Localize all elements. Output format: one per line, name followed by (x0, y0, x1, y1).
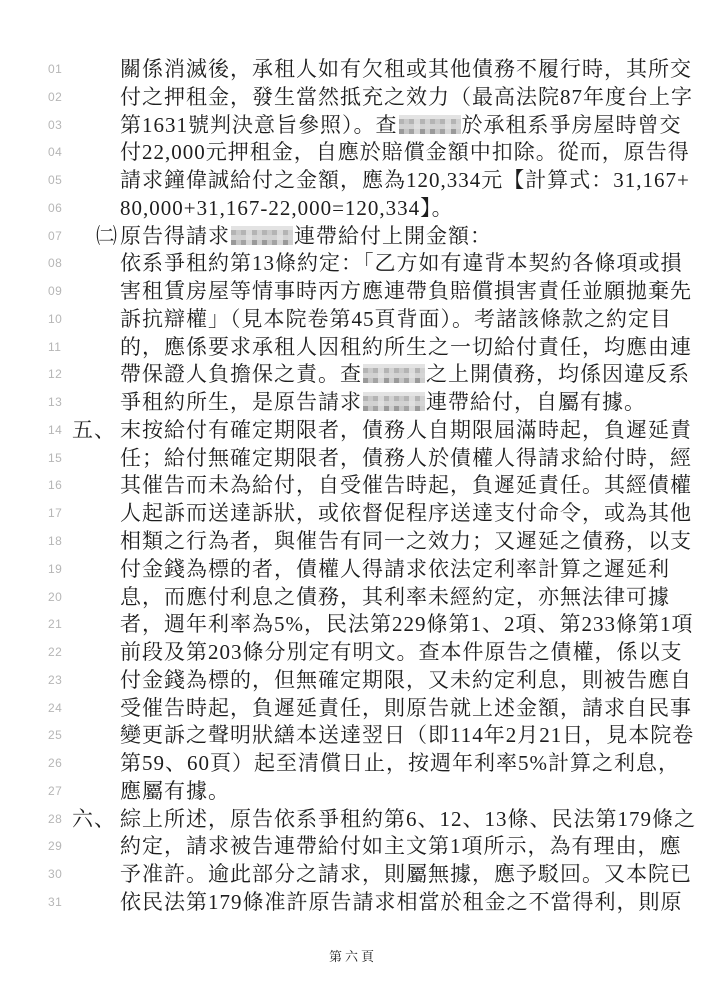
line-number: 07 (48, 223, 72, 251)
line-number: 12 (48, 361, 72, 389)
text-line: 03第1631號判決意旨參照）。查於承租系爭房屋時曾交 (48, 112, 678, 140)
text-line: 31依民法第179條准許原告請求相當於租金之不當得利，則原 (48, 889, 678, 917)
text-segment: 人起訴而送達訴狀，或依督促程序送達支付命令，或為其他 (120, 501, 692, 525)
line-text: ㈡原告得請求連帶給付上開金額： (96, 223, 492, 251)
text-line: 17人起訴而送達訴狀，或依督促程序送達支付命令，或為其他 (48, 500, 678, 528)
text-segment: 付22,000元押租金，自應於賠償金額中扣除。從而，原告得 (120, 140, 690, 164)
list-marker: 六、 (72, 806, 120, 834)
text-line: 09害租賃房屋等情事時丙方應連帶負賠償損害責任並願拋棄先 (48, 278, 678, 306)
text-segment: 帶保證人負擔保之責。查 (120, 362, 362, 386)
line-number: 05 (48, 167, 72, 195)
redacted-name (363, 364, 425, 383)
line-text: 付金錢為標的，但無確定期限，又未約定利息，則被告應自 (120, 667, 692, 695)
line-text: 80,000+31,167-22,000=120,334】。 (120, 195, 454, 223)
line-text: 予准許。逾此部分之請求，則屬無據，應予駁回。又本院已 (120, 861, 692, 889)
line-text: 付金錢為標的者，債權人得請求依法定利率計算之遲延利 (120, 556, 670, 584)
line-number: 27 (48, 778, 72, 806)
line-text: 人起訴而送達訴狀，或依督促程序送達支付命令，或為其他 (120, 500, 692, 528)
text-line: 10訴抗辯權」（見本院卷第45頁背面）。考諸該條款之約定目 (48, 306, 678, 334)
line-number: 10 (48, 306, 72, 334)
text-line: 19付金錢為標的者，債權人得請求依法定利率計算之遲延利 (48, 556, 678, 584)
line-text: 請求鐘偉誠給付之金額，應為120,334元【計算式：31,167+ (120, 167, 690, 195)
text-segment: 關係消滅後，承租人如有欠租或其他債務不履行時，其所交 (120, 57, 692, 81)
text-line: 18相類之行為者，與催告有同一之效力；又遲延之債務，以支 (48, 528, 678, 556)
judgment-page: 01關係消滅後，承租人如有欠租或其他債務不履行時，其所交02付之押租金，發生當然… (0, 0, 706, 1000)
text-line: 21者，週年利率為5%，民法第229條第1、2項、第233條第1項 (48, 611, 678, 639)
text-segment: 連帶給付上開金額： (294, 224, 492, 248)
line-number: 18 (48, 528, 72, 556)
text-segment: 付之押租金，發生當然抵充之效力（最高法院87年度台上字 (120, 85, 693, 109)
text-segment: 第1631號判決意旨參照）。查 (120, 113, 398, 137)
text-segment: 訴抗辯權」（見本院卷第45頁背面）。考諸該條款之約定目 (120, 307, 672, 331)
text-segment: 付金錢為標的，但無確定期限，又未約定利息，則被告應自 (120, 668, 692, 692)
line-number: 09 (48, 278, 72, 306)
text-segment: 第59、60頁）起至清償日止，按週年利率5%計算之利息， (120, 751, 680, 775)
text-segment: 予准許。逾此部分之請求，則屬無據，應予駁回。又本院已 (120, 862, 692, 886)
line-number: 03 (48, 112, 72, 140)
line-text: 訴抗辯權」（見本院卷第45頁背面）。考諸該條款之約定目 (120, 306, 672, 334)
line-text: 爭租約所生，是原告請求連帶給付，自屬有據。 (120, 389, 646, 417)
line-text: 付22,000元押租金，自應於賠償金額中扣除。從而，原告得 (120, 139, 690, 167)
line-number: 29 (48, 833, 72, 861)
text-line: 24受催告時起，負遲延責任，則原告就上述金額，請求自民事 (48, 695, 678, 723)
line-number: 30 (48, 861, 72, 889)
line-text: 相類之行為者，與催告有同一之效力；又遲延之債務，以支 (120, 528, 692, 556)
text-segment: 依系爭租約第13條約定：「乙方如有違背本契約各條項或損 (120, 251, 683, 275)
text-line: 28六、綜上所述，原告依系爭租約第6、12、13條、民法第179條之 (48, 806, 678, 834)
text-line: 04付22,000元押租金，自應於賠償金額中扣除。從而，原告得 (48, 139, 678, 167)
line-number: 31 (48, 889, 72, 917)
text-segment: 相類之行為者，與催告有同一之效力；又遲延之債務，以支 (120, 529, 692, 553)
line-text: 第59、60頁）起至清償日止，按週年利率5%計算之利息， (120, 750, 680, 778)
text-line: 12帶保證人負擔保之責。查之上開債務，均係因違反系 (48, 361, 678, 389)
text-segment: 請求鐘偉誠給付之金額，應為120,334元【計算式：31,167+ (120, 168, 690, 192)
text-line: 15任；給付無確定期限者，債務人於債權人得請求給付時，經 (48, 445, 678, 473)
text-line: 02付之押租金，發生當然抵充之效力（最高法院87年度台上字 (48, 84, 678, 112)
text-line: 25變更訴之聲明狀繕本送達翌日（即114年2月21日，見本院卷 (48, 722, 678, 750)
line-number: 22 (48, 639, 72, 667)
line-text: 任；給付無確定期限者，債務人於債權人得請求給付時，經 (120, 445, 692, 473)
text-segment: 付金錢為標的者，債權人得請求依法定利率計算之遲延利 (120, 557, 670, 581)
text-segment: 的，應係要求承租人因租約所生之一切給付責任，均應由連 (120, 335, 692, 359)
text-segment: 受催告時起，負遲延責任，則原告就上述金額，請求自民事 (120, 696, 692, 720)
line-number: 02 (48, 84, 72, 112)
text-segment: 於承租系爭房屋時曾交 (462, 113, 682, 137)
line-number: 26 (48, 750, 72, 778)
list-marker: 五、 (72, 417, 120, 445)
line-number: 21 (48, 611, 72, 639)
line-text: 依民法第179條准許原告請求相當於租金之不當得利，則原 (120, 889, 683, 917)
text-segment: 應屬有據。 (120, 779, 230, 803)
text-line: 20息，而應付利息之債務，其利率未經約定，亦無法律可據 (48, 584, 678, 612)
line-text: 五、末按給付有確定期限者，債務人自期限屆滿時起，負遲延責 (72, 417, 692, 445)
text-segment: 害租賃房屋等情事時丙方應連帶負賠償損害責任並願拋棄先 (120, 279, 692, 303)
line-text: 息，而應付利息之債務，其利率未經約定，亦無法律可據 (120, 584, 670, 612)
text-segment: 變更訴之聲明狀繕本送達翌日（即114年2月21日，見本院卷 (120, 723, 694, 747)
line-text: 帶保證人負擔保之責。查之上開債務，均係因違反系 (120, 361, 690, 389)
line-text: 關係消滅後，承租人如有欠租或其他債務不履行時，其所交 (120, 56, 692, 84)
line-text: 受催告時起，負遲延責任，則原告就上述金額，請求自民事 (120, 695, 692, 723)
text-line: 11的，應係要求承租人因租約所生之一切給付責任，均應由連 (48, 334, 678, 362)
line-number: 15 (48, 445, 72, 473)
line-number: 06 (48, 195, 72, 223)
line-number: 04 (48, 139, 72, 167)
page-footer-label: 第六頁 (0, 946, 706, 965)
text-segment: 80,000+31,167-22,000=120,334】。 (120, 196, 454, 220)
text-line: 26第59、60頁）起至清償日止，按週年利率5%計算之利息， (48, 750, 678, 778)
redacted-name (363, 392, 425, 411)
line-text: 前段及第203條分別定有明文。查本件原告之債權，係以支 (120, 639, 683, 667)
line-text: 第1631號判決意旨參照）。查於承租系爭房屋時曾交 (120, 112, 682, 140)
line-text: 害租賃房屋等情事時丙方應連帶負賠償損害責任並願拋棄先 (120, 278, 692, 306)
line-text: 的，應係要求承租人因租約所生之一切給付責任，均應由連 (120, 334, 692, 362)
redacted-name (231, 226, 293, 245)
text-segment: 原告得請求 (120, 224, 230, 248)
text-segment: 息，而應付利息之債務，其利率未經約定，亦無法律可據 (120, 585, 670, 609)
line-text: 應屬有據。 (120, 778, 230, 806)
text-segment: 者，週年利率為5%，民法第229條第1、2項、第233條第1項 (120, 612, 694, 636)
text-line: 14五、末按給付有確定期限者，債務人自期限屆滿時起，負遲延責 (48, 417, 678, 445)
line-number: 25 (48, 722, 72, 750)
text-segment: 末按給付有確定期限者，債務人自期限屆滿時起，負遲延責 (120, 418, 692, 442)
text-segment: 依民法第179條准許原告請求相當於租金之不當得利，則原 (120, 890, 683, 914)
line-number: 13 (48, 389, 72, 417)
line-number: 19 (48, 556, 72, 584)
list-marker: ㈡ (96, 223, 120, 251)
line-text: 者，週年利率為5%，民法第229條第1、2項、第233條第1項 (120, 611, 694, 639)
line-number: 28 (48, 806, 72, 834)
line-text: 六、綜上所述，原告依系爭租約第6、12、13條、民法第179條之 (72, 806, 696, 834)
text-segment: 綜上所述，原告依系爭租約第6、12、13條、民法第179條之 (120, 807, 696, 831)
line-text: 變更訴之聲明狀繕本送達翌日（即114年2月21日，見本院卷 (120, 722, 694, 750)
text-line: 23付金錢為標的，但無確定期限，又未約定利息，則被告應自 (48, 667, 678, 695)
line-text: 約定，請求被告連帶給付如主文第1項所示，為有理由，應 (120, 833, 682, 861)
line-text: 其催告而未為給付，自受催告時起，負遲延責任。其經債權 (120, 472, 692, 500)
document-lines: 01關係消滅後，承租人如有欠租或其他債務不履行時，其所交02付之押租金，發生當然… (48, 56, 678, 917)
line-number: 08 (48, 250, 72, 278)
line-number: 01 (48, 56, 72, 84)
line-number: 20 (48, 584, 72, 612)
text-line: 05請求鐘偉誠給付之金額，應為120,334元【計算式：31,167+ (48, 167, 678, 195)
line-number: 14 (48, 417, 72, 445)
text-segment: 約定，請求被告連帶給付如主文第1項所示，為有理由，應 (120, 834, 682, 858)
text-line: 0680,000+31,167-22,000=120,334】。 (48, 195, 678, 223)
line-number: 23 (48, 667, 72, 695)
text-segment: 前段及第203條分別定有明文。查本件原告之債權，係以支 (120, 640, 683, 664)
text-segment: 爭租約所生，是原告請求 (120, 390, 362, 414)
text-line: 01關係消滅後，承租人如有欠租或其他債務不履行時，其所交 (48, 56, 678, 84)
line-number: 17 (48, 500, 72, 528)
line-number: 16 (48, 472, 72, 500)
line-number: 11 (48, 334, 72, 362)
line-number: 24 (48, 695, 72, 723)
text-line: 29約定，請求被告連帶給付如主文第1項所示，為有理由，應 (48, 833, 678, 861)
text-line: 13爭租約所生，是原告請求連帶給付，自屬有據。 (48, 389, 678, 417)
text-line: 08依系爭租約第13條約定：「乙方如有違背本契約各條項或損 (48, 250, 678, 278)
text-segment: 之上開債務，均係因違反系 (426, 362, 690, 386)
text-segment: 連帶給付，自屬有據。 (426, 390, 646, 414)
text-line: 16其催告而未為給付，自受催告時起，負遲延責任。其經債權 (48, 472, 678, 500)
line-text: 依系爭租約第13條約定：「乙方如有違背本契約各條項或損 (120, 250, 683, 278)
text-line: 27應屬有據。 (48, 778, 678, 806)
text-line: 30予准許。逾此部分之請求，則屬無據，應予駁回。又本院已 (48, 861, 678, 889)
text-line: 07㈡原告得請求連帶給付上開金額： (48, 223, 678, 251)
line-text: 付之押租金，發生當然抵充之效力（最高法院87年度台上字 (120, 84, 693, 112)
text-line: 22前段及第203條分別定有明文。查本件原告之債權，係以支 (48, 639, 678, 667)
text-segment: 任；給付無確定期限者，債務人於債權人得請求給付時，經 (120, 446, 692, 470)
text-segment: 其催告而未為給付，自受催告時起，負遲延責任。其經債權 (120, 473, 692, 497)
redacted-name (399, 115, 461, 134)
